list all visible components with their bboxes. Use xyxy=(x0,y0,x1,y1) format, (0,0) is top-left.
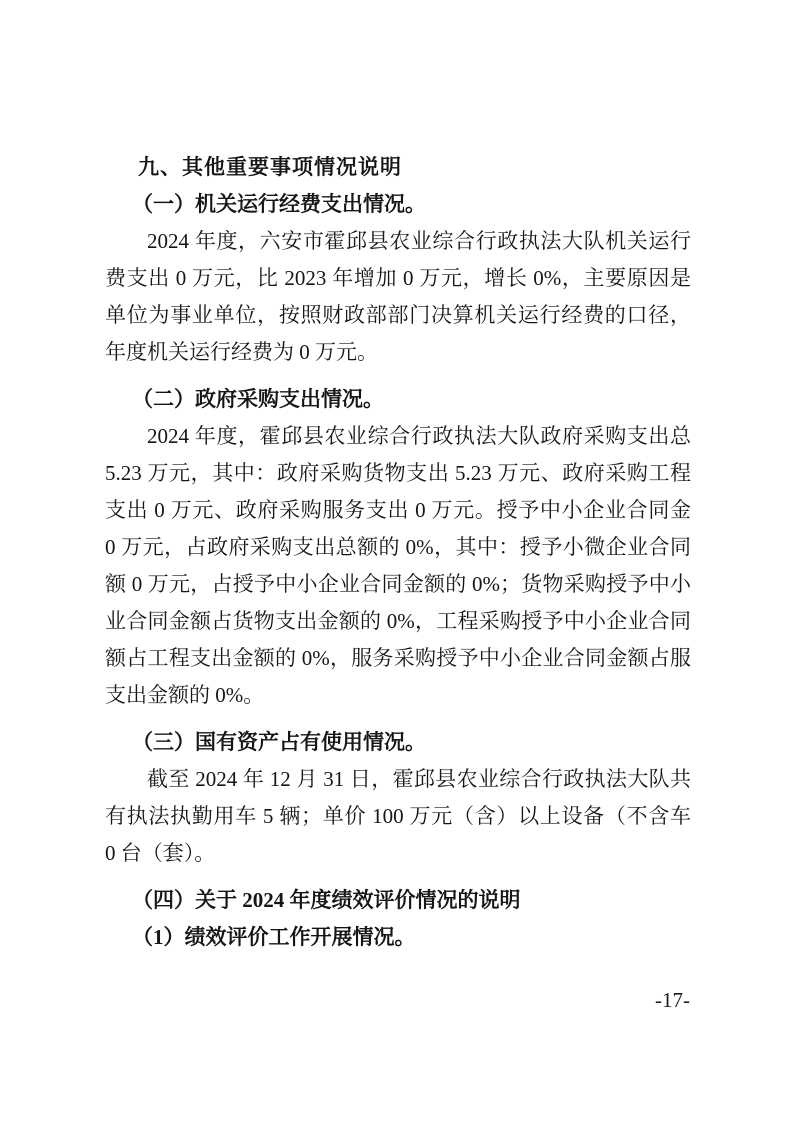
paragraph-line: 有执法执勤用车 5 辆；单价 100 万元（含）以上设备（不含车辆） xyxy=(105,798,691,835)
paragraph-line: 支出金额的 0%。 xyxy=(105,677,691,714)
paragraph-line: 2024 年度，霍邱县农业综合行政执法大队政府采购支出总额 xyxy=(105,418,691,455)
subsection-heading: （二）政府采购支出情况。 xyxy=(105,381,691,418)
paragraph-line: 额 0 万元，占授予中小企业合同金额的 0%；货物采购授予中小企 xyxy=(105,566,691,603)
subsection-government-procurement: （二）政府采购支出情况。 2024 年度，霍邱县农业综合行政执法大队政府采购支出… xyxy=(105,381,691,714)
paragraph-line: 5.23 万元，其中：政府采购货物支出 5.23 万元、政府采购工程 xyxy=(105,455,691,492)
subsection-heading: （一）机关运行经费支出情况。 xyxy=(105,186,691,223)
subsection-heading: （四）关于 2024 年度绩效评价情况的说明 xyxy=(105,882,691,919)
page-number: -17- xyxy=(655,988,690,1012)
subsection-performance-evaluation: （四）关于 2024 年度绩效评价情况的说明 （1）绩效评价工作开展情况。 xyxy=(105,882,691,956)
paragraph: 2024 年度，霍邱县农业综合行政执法大队政府采购支出总额 5.23 万元，其中… xyxy=(105,418,691,714)
paragraph: 2024 年度，六安市霍邱县农业综合行政执法大队机关运行经 费支出 0 万元，比… xyxy=(105,223,691,371)
paragraph-line: 0 台（套）。 xyxy=(105,835,691,872)
paragraph-line: 支出 0 万元、政府采购服务支出 0 万元。授予中小企业合同金额 xyxy=(105,492,691,529)
paragraph-line: 截至 2024 年 12 月 31 日，霍邱县农业综合行政执法大队共 xyxy=(105,761,691,798)
paragraph-line: 单位为事业单位，按照财政部部门决算机关运行经费的口径，本 xyxy=(105,297,691,334)
paragraph-line: 2024 年度，六安市霍邱县农业综合行政执法大队机关运行经 xyxy=(105,223,691,260)
document-content: 九、其他重要事项情况说明 （一）机关运行经费支出情况。 2024 年度，六安市霍… xyxy=(105,149,691,956)
document-page: 九、其他重要事项情况说明 （一）机关运行经费支出情况。 2024 年度，六安市霍… xyxy=(0,0,793,1122)
section-heading: 九、其他重要事项情况说明 xyxy=(105,149,691,186)
subsection-agency-operating-expense: （一）机关运行经费支出情况。 2024 年度，六安市霍邱县农业综合行政执法大队机… xyxy=(105,186,691,371)
paragraph-line: 费支出 0 万元，比 2023 年增加 0 万元，增长 0%，主要原因是本 xyxy=(105,260,691,297)
paragraph: 截至 2024 年 12 月 31 日，霍邱县农业综合行政执法大队共 有执法执勤… xyxy=(105,761,691,872)
paragraph-line: 额占工程支出金额的 0%，服务采购授予中小企业合同金额占服务 xyxy=(105,640,691,677)
subsection-state-owned-assets: （三）国有资产占有使用情况。 截至 2024 年 12 月 31 日，霍邱县农业… xyxy=(105,724,691,872)
subsection-heading: （三）国有资产占有使用情况。 xyxy=(105,724,691,761)
paragraph-line: 年度机关运行经费为 0 万元。 xyxy=(105,334,691,371)
paragraph-line: 业合同金额占货物支出金额的 0%，工程采购授予中小企业合同金 xyxy=(105,603,691,640)
subsection-heading: （1）绩效评价工作开展情况。 xyxy=(105,919,691,956)
paragraph-line: 0 万元，占政府采购支出总额的 0%，其中：授予小微企业合同金 xyxy=(105,529,691,566)
